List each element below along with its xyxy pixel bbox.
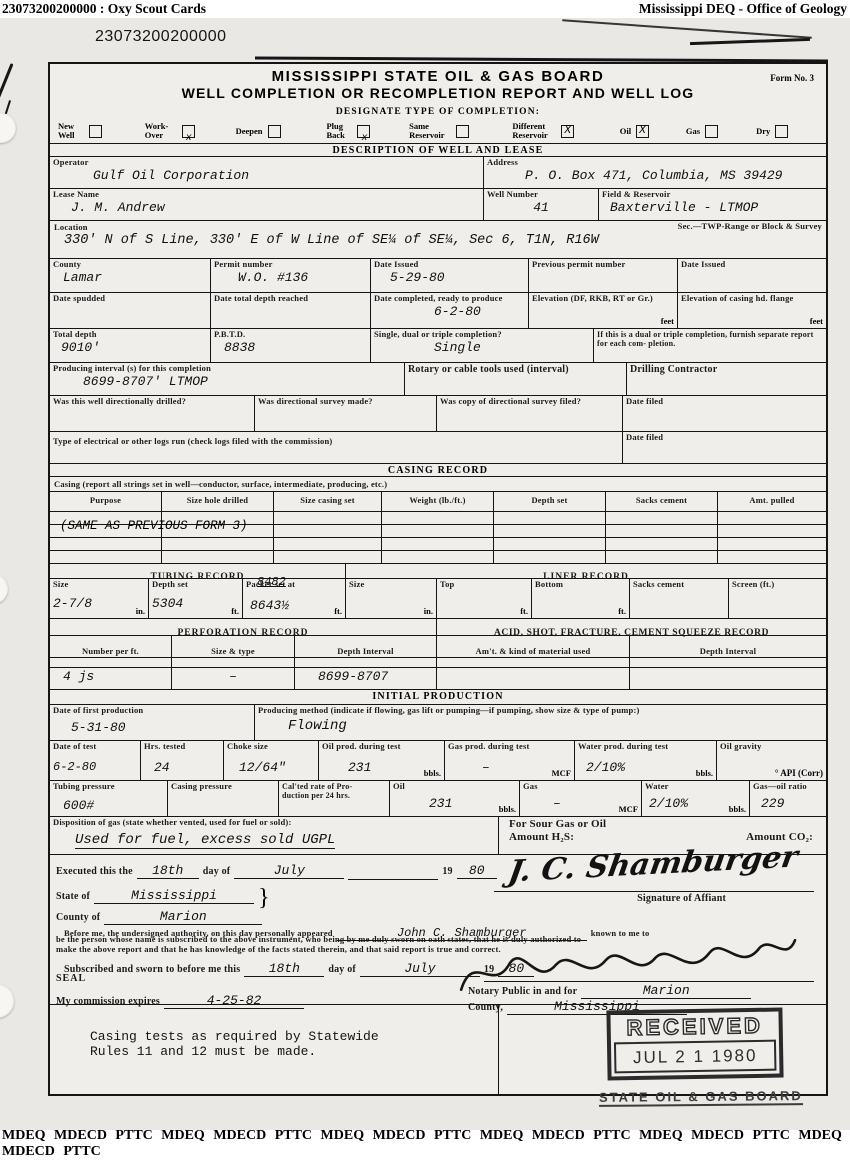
directional-row: Was this well directionally drilled? Was… — [50, 395, 826, 431]
initial-production-heading-row: INITIAL PRODUCTION — [50, 689, 826, 704]
date-spudded-label: Date spudded — [53, 294, 207, 304]
casing-heading: CASING RECORD — [50, 464, 826, 476]
survey-made-cell: Was directional survey made? — [255, 396, 437, 431]
h2s-label: Amount H₂S: — [509, 831, 574, 844]
viewer-header-right: Mississippi DEQ - Office of Geology — [639, 1, 847, 17]
gor-cell: Gas—oil ratio 229 — [750, 781, 826, 816]
rotary-label: Rotary or cable tools used (interval) — [408, 364, 623, 376]
elevation-unit: feet — [661, 316, 674, 326]
directionally-drilled-cell: Was this well directionally drilled? — [50, 396, 255, 431]
calc-rate-label1: Cal'ted rate of Pro- — [282, 782, 386, 791]
calc-rate-label2: duction per 24 hrs. — [282, 791, 386, 800]
gas-prod-label: Gas prod. during test — [448, 742, 571, 752]
producing-interval-value: 8699-8707' LTMOP — [83, 374, 401, 389]
affiant-signature-label: Signature of Affiant — [637, 893, 726, 905]
deepen-label: Deepen — [236, 127, 263, 136]
location-row: Sec.—TWP-Range or Block & Survey Locatio… — [50, 220, 826, 258]
date-issued2-cell: Date Issued — [678, 259, 826, 292]
oil-label: Oil — [620, 127, 631, 136]
new-well-label: New Well — [58, 122, 84, 140]
scan-streak-top-right — [562, 19, 812, 38]
checkbox-item-same-reservoir: Same Reservoir — [409, 122, 512, 140]
producing-interval-row: Producing interval (s) for this completi… — [50, 362, 826, 395]
gas-label: Gas — [686, 127, 700, 136]
logs-run-label: Type of electrical or other logs run (ch… — [53, 433, 619, 447]
received-stamp: RECEIVED JUL 2 1 1980 — [606, 1007, 783, 1080]
casing-tests-note-line1: Casing tests as required by Statewide — [90, 1029, 498, 1044]
dry-checkbox — [775, 125, 788, 138]
logs-row: Type of electrical or other logs run (ch… — [50, 431, 826, 463]
rotary-cell: Rotary or cable tools used (interval) — [405, 363, 627, 395]
elevation-casing-label: Elevation of casing hd. flange — [681, 294, 823, 304]
liner-screen-label: Screen (ft.) — [732, 580, 823, 590]
gas-prod-unit: MCF — [552, 768, 571, 778]
water-prod-unit: bbls. — [696, 768, 713, 778]
total-depth-row: Total depth 9010' P.B.T.D. 8838 Single, … — [50, 328, 826, 362]
liner-screen-cell: Screen (ft.) — [729, 579, 826, 618]
tubing-heading-cell: TUBING RECORD — [50, 564, 346, 578]
received-stamp-text: RECEIVED — [613, 1013, 775, 1042]
subscribed-day: 18th — [244, 961, 324, 977]
date-spudded-cell: Date spudded — [50, 293, 211, 328]
first-production-value: 5-31-80 — [71, 720, 251, 735]
tubing-liner-heading-row: TUBING RECORD LINER RECORD — [50, 563, 826, 578]
elevation-casing-unit: feet — [810, 316, 823, 326]
bottom-box: Casing tests as required by Statewide Ru… — [50, 1004, 826, 1094]
checkbox-item-new-well: New Well — [58, 122, 145, 140]
scanned-document-page: 23073200200000 : Oxy Scout Cards Mississ… — [0, 0, 850, 1164]
total-depth-label: Total depth — [53, 330, 207, 340]
survey-filed-label: Was copy of directional survey filed? — [440, 397, 619, 407]
date-issued2-label: Date Issued — [681, 260, 823, 270]
work-over-label: Work-Over — [145, 122, 177, 140]
perf-number-cell: 4 js — [50, 668, 172, 689]
state-value: Mississippi — [94, 888, 254, 904]
casing-header-size-casing: Size casing set — [274, 492, 382, 512]
perf-number-header-cell: Number per ft. — [50, 636, 172, 657]
sec-twp-label: Sec.—TWP-Range or Block & Survey — [678, 222, 822, 232]
different-reservoir-checkbox — [561, 125, 574, 138]
checkbox-item-dry: Dry — [756, 125, 818, 138]
tubing-depth-value: 5304 — [152, 596, 239, 611]
casing-heading-row: CASING RECORD — [50, 463, 826, 476]
liner-size-cell: Size in. — [346, 579, 437, 618]
perf-acid-data-row: 4 js – 8699-8707 — [50, 667, 826, 689]
water24-cell: Water 2/10% bbls. — [642, 781, 750, 816]
test-row: Date of test 6-2-80 Hrs. tested 24 Choke… — [50, 740, 826, 780]
well-number-label: Well Number — [487, 190, 595, 200]
executed-year: 80 — [457, 863, 497, 879]
received-stamp-org: STATE OIL & GAS BOARD — [599, 1088, 803, 1107]
packer-value2: 8643½ — [250, 598, 342, 613]
liner-bottom-unit: ft. — [618, 606, 626, 616]
acid-material-cell — [437, 668, 630, 689]
gor-label: Gas—oil ratio — [753, 782, 823, 792]
form-title: WELL COMPLETION OR RECOMPLETION REPORT A… — [50, 85, 826, 101]
acid-depth-cell — [630, 668, 826, 689]
designate-heading-row: DESIGNATE TYPE OF COMPLETION: — [50, 106, 826, 119]
tubing-size-label: Size — [53, 580, 145, 590]
lease-name-label: Lease Name — [53, 190, 480, 200]
dual-note-cell: If this is a dual or triple completion, … — [594, 329, 826, 362]
hole-punch-middle — [0, 574, 8, 604]
subscribed-pre: Subscribed and sworn to before me this — [64, 964, 240, 975]
date-filed2-label: Date filed — [626, 433, 823, 443]
operator-value: Gulf Oil Corporation — [93, 168, 480, 183]
affiant-signature-wrap: J. C. Shamburger — [510, 847, 796, 882]
perf-size-value: – — [175, 669, 291, 684]
casing-tests-cell: Casing tests as required by Statewide Ru… — [50, 1005, 499, 1094]
casing-header-purpose: Purpose — [50, 492, 162, 512]
date-spudded-row: Date spudded Date total depth reached Da… — [50, 292, 826, 328]
affiant-signature: J. C. Shamburger — [506, 840, 801, 890]
permit-number-value: W.O. #136 — [238, 270, 367, 285]
oil24-label: Oil — [393, 782, 516, 792]
liner-sacks-label: Sacks cement — [633, 580, 725, 590]
executed-month: July — [234, 863, 344, 879]
work-over-checkbox — [182, 125, 195, 138]
water-prod-cell: Water prod. during test 2/10% bbls. — [575, 741, 717, 780]
pbtd-label: P.B.T.D. — [214, 330, 367, 340]
single-dual-label: Single, dual or triple completion? — [374, 330, 590, 340]
drilling-contractor-cell: Drilling Contractor — [627, 363, 826, 395]
viewer-footer: MDEQ MDECD PTTC MDEQ MDECD PTTC MDEQ MDE… — [0, 1130, 850, 1164]
producing-interval-label: Producing interval (s) for this completi… — [53, 364, 401, 374]
deepen-checkbox — [268, 125, 281, 138]
liner-top-unit: ft. — [520, 606, 528, 616]
perforation-heading-cell: PERFORATION RECORD — [50, 619, 437, 635]
pbtd-value: 8838 — [224, 340, 367, 355]
liner-top-cell: Top ft. — [437, 579, 532, 618]
drilling-contractor-label: Drilling Contractor — [630, 364, 823, 376]
tubing-depth-unit: ft. — [231, 606, 239, 616]
tubing-size-value: 2-7/8 — [53, 596, 145, 611]
different-reservoir-label: Different Reservoir — [512, 122, 556, 140]
hole-punch-top — [0, 113, 16, 143]
well-completion-form: MISSISSIPPI STATE OIL & GAS BOARD WELL C… — [48, 62, 828, 1096]
subscribed-day-of: day of — [328, 964, 356, 975]
elevation-casing-cell: Elevation of casing hd. flange feet — [678, 293, 826, 328]
address-label: Address — [487, 158, 823, 168]
executed-day: 18th — [137, 863, 199, 879]
date-completed-label: Date completed, ready to produce — [374, 294, 525, 304]
date-total-depth-label: Date total depth reached — [214, 294, 367, 304]
hole-punch-bottom — [0, 984, 14, 1018]
checkbox-item-oil: Oil — [620, 125, 686, 138]
hrs-tested-value: 24 — [154, 760, 220, 775]
tubing-pressure-value: 600# — [63, 798, 164, 813]
designate-heading: DESIGNATE TYPE OF COMPLETION: — [50, 106, 826, 119]
oil-checkbox — [636, 125, 649, 138]
packer-unit: ft. — [334, 606, 342, 616]
received-stamp-cell: RECEIVED JUL 2 1 1980 STATE OIL & GAS BO… — [499, 1005, 826, 1094]
elevation-cell: Elevation (DF, RKB, RT or Gr.) feet — [529, 293, 678, 328]
gor-value: 229 — [761, 796, 823, 811]
casing-pressure-label: Casing pressure — [171, 782, 275, 792]
date-filed1-cell: Date filed — [623, 396, 826, 431]
perf-depth-header-cell: Depth Interval — [295, 636, 437, 657]
location-value: 330' N of S Line, 330' E of W Line of SE… — [64, 233, 826, 248]
tubing-pressure-cell: Tubing pressure 600# — [50, 781, 168, 816]
lease-name-value: J. M. Andrew — [71, 200, 480, 215]
first-production-row: Date of first production 5-31-80 Produci… — [50, 704, 826, 740]
single-dual-cell: Single, dual or triple completion? Singl… — [371, 329, 594, 362]
survey-filed-cell: Was copy of directional survey filed? — [437, 396, 623, 431]
liner-size-unit: in. — [424, 606, 433, 616]
date-of-test-label: Date of test — [53, 742, 137, 752]
field-reservoir-label: Field & Reservoir — [602, 190, 823, 200]
oil24-unit: bbls. — [499, 804, 516, 814]
first-production-label: Date of first production — [53, 706, 251, 716]
casing-header-sacks: Sacks cement — [606, 492, 718, 512]
affiant-signature-line — [494, 891, 814, 892]
producing-interval-cell: Producing interval (s) for this completi… — [50, 363, 405, 395]
perf-acid-heading-row: PERFORATION RECORD ACID, SHOT, FRACTURE,… — [50, 618, 826, 635]
date-completed-value: 6-2-80 — [434, 304, 525, 319]
packer-value1: 8482 — [257, 575, 286, 589]
casing-header-amt-pulled: Amt. pulled — [718, 492, 826, 512]
date-issued-cell: Date Issued 5-29-80 — [371, 259, 529, 292]
oil-gravity-cell: Oil gravity ° API (Corr) — [717, 741, 826, 780]
received-stamp-datebox: JUL 2 1 1980 — [614, 1040, 777, 1074]
acid-material-header: Am't. & kind of material used — [476, 646, 591, 656]
county-row: County Lamar Permit number W.O. #136 Dat… — [50, 258, 826, 292]
oil24-cell: Oil 231 bbls. — [390, 781, 520, 816]
handwritten-slash — [0, 63, 14, 107]
liner-bottom-cell: Bottom ft. — [532, 579, 630, 618]
viewer-header: 23073200200000 : Oxy Scout Cards Mississ… — [0, 0, 850, 18]
oil-prod-unit: bbls. — [424, 768, 441, 778]
water24-label: Water — [645, 782, 746, 792]
description-heading: DESCRIPTION OF WELL AND LEASE — [50, 144, 826, 156]
executed-day-of: day of — [203, 866, 231, 877]
producing-method-cell: Producing method (indicate if flowing, g… — [255, 705, 826, 740]
exec-county-label: County of — [56, 912, 100, 923]
perf-number-value: 4 js — [63, 669, 168, 684]
producing-method-label: Producing method (indicate if flowing, g… — [258, 706, 823, 716]
casing-table-row: Purpose Size hole drilled Size casing se… — [50, 491, 826, 563]
disposition-cell: Disposition of gas (state whether vented… — [50, 817, 499, 854]
perf-size-header: Size & type — [211, 646, 255, 656]
casing-subtitle: Casing (report all strings set in well—c… — [50, 477, 387, 491]
casing-header-depth-set: Depth set — [494, 492, 606, 512]
gas-prod-cell: Gas prod. during test – MCF — [445, 741, 575, 780]
operator-label: Operator — [53, 158, 480, 168]
logs-run-cell: Type of electrical or other logs run (ch… — [50, 432, 623, 463]
liner-bottom-label: Bottom — [535, 580, 626, 590]
casing-note: (SAME AS PREVIOUS FORM 3) — [60, 519, 248, 533]
water24-unit: bbls. — [729, 804, 746, 814]
state-label: State of — [56, 891, 90, 902]
well-number-cell: Well Number 41 — [484, 189, 599, 220]
casing-pressure-cell: Casing pressure — [168, 781, 279, 816]
scan-area: 23073200200000 — [0, 18, 850, 1130]
pbtd-cell: P.B.T.D. 8838 — [211, 329, 371, 362]
casing-subtitle-row: Casing (report all strings set in well—c… — [50, 476, 826, 491]
tubing-depth-cell: Depth set 5304 ft. — [149, 579, 243, 618]
date-filed1-label: Date filed — [626, 397, 823, 407]
viewer-header-left: 23073200200000 : Oxy Scout Cards — [2, 1, 206, 17]
previous-permit-cell: Previous permit number — [529, 259, 678, 292]
elevation-label: Elevation (DF, RKB, RT or Gr.) — [532, 294, 674, 304]
liner-size-label: Size — [349, 580, 433, 590]
disposition-value: Used for fuel, excess sold UGPL — [75, 832, 335, 849]
gas24-unit: MCF — [619, 804, 638, 814]
perf-number-header: Number per ft. — [82, 646, 139, 656]
perf-size-cell: – — [172, 668, 295, 689]
acid-heading-cell: ACID, SHOT, FRACTURE, CEMENT SQUEEZE REC… — [437, 619, 826, 635]
tubing-size-cell: Size 2-7/8 in. — [50, 579, 149, 618]
perf-acid-header-row: Number per ft. Size & type Depth Interva… — [50, 635, 826, 657]
sour-gas-label: For Sour Gas or Oil — [509, 818, 823, 831]
footer-strip: MDEQ MDECD PTTC MDEQ MDECD PTTC MDEQ MDE… — [2, 1128, 848, 1160]
scan-streak-top-right-2 — [690, 38, 810, 45]
casing-tests-note-line2: Rules 11 and 12 must be made. — [90, 1044, 498, 1059]
perf-acid-spacer-row — [50, 657, 826, 667]
executed-line: Executed this the 18th day of July 19 80 — [56, 861, 497, 880]
checkbox-item-plug-back: Plug Back — [326, 122, 409, 140]
plug-back-label: Plug Back — [326, 122, 352, 140]
lease-row: Lease Name J. M. Andrew Well Number 41 F… — [50, 188, 826, 220]
well-number-value: 41 — [487, 200, 595, 215]
address-value: P. O. Box 471, Columbia, MS 39429 — [525, 168, 823, 183]
acid-material-header-cell: Am't. & kind of material used — [437, 636, 630, 657]
hrs-tested-cell: Hrs. tested 24 — [141, 741, 224, 780]
notary-label: Notary Public in and for — [468, 986, 577, 997]
same-reservoir-checkbox — [456, 125, 469, 138]
permit-number-label: Permit number — [214, 260, 367, 270]
hrs-tested-label: Hrs. tested — [144, 742, 220, 752]
executed-year-pre: 19 — [442, 866, 452, 877]
operator-row: Operator Gulf Oil Corporation Address P.… — [50, 156, 826, 188]
date-total-depth-cell: Date total depth reached — [211, 293, 371, 328]
execution-block: Executed this the 18th day of July 19 80… — [50, 854, 826, 1004]
plug-back-checkbox — [357, 125, 370, 138]
dry-label: Dry — [756, 127, 770, 136]
executed-pre: Executed this the — [56, 866, 133, 877]
water-prod-label: Water prod. during test — [578, 742, 713, 752]
directionally-drilled-label: Was this well directionally drilled? — [53, 397, 251, 407]
casing-header-weight: Weight (lb./ft.) — [382, 492, 494, 512]
liner-top-label: Top — [440, 580, 528, 590]
lease-name-cell: Lease Name J. M. Andrew — [50, 189, 484, 220]
new-well-checkbox — [89, 125, 102, 138]
field-reservoir-value: Baxterville - LTMOP — [610, 200, 823, 215]
description-heading-row: DESCRIPTION OF WELL AND LEASE — [50, 143, 826, 156]
survey-made-label: Was directional survey made? — [258, 397, 433, 407]
date-filed2-cell: Date filed — [623, 432, 826, 463]
seal-label: SEAL — [56, 973, 86, 985]
liner-sacks-cell: Sacks cement — [630, 579, 729, 618]
water-prod-value: 2/10% — [586, 760, 713, 775]
choke-size-label: Choke size — [227, 742, 315, 752]
form-number: Form No. 3 — [770, 73, 814, 83]
document-number: 23073200200000 — [95, 28, 227, 46]
dual-note: If this is a dual or triple completion, … — [597, 330, 823, 348]
disposition-label: Disposition of gas (state whether vented… — [53, 818, 495, 828]
gas24-cell: Gas – MCF — [520, 781, 642, 816]
permit-number-cell: Permit number W.O. #136 — [211, 259, 371, 292]
address-cell: Address P. O. Box 471, Columbia, MS 3942… — [484, 157, 826, 188]
checkbox-item-work-over: Work-Over — [145, 122, 236, 140]
gas-checkbox — [705, 125, 718, 138]
casing-header-size-hole: Size hole drilled — [162, 492, 274, 512]
county-value: Lamar — [63, 270, 207, 285]
perf-size-header-cell: Size & type — [172, 636, 295, 657]
county-label: County — [53, 260, 207, 270]
checkbox-item-gas: Gas — [686, 125, 756, 138]
oil-gravity-label: Oil gravity — [720, 742, 823, 752]
county-cell: County Lamar — [50, 259, 211, 292]
perf-depth-value: 8699-8707 — [318, 669, 433, 684]
packer-cell: Packer set at 8482 8643½ ft. — [243, 579, 346, 618]
gas24-label: Gas — [523, 782, 638, 792]
operator-cell: Operator Gulf Oil Corporation — [50, 157, 484, 188]
tubing-depth-label: Depth set — [152, 580, 239, 590]
oil-prod-label: Oil prod. during test — [322, 742, 441, 752]
checkbox-item-deepen: Deepen — [236, 125, 327, 138]
previous-permit-label: Previous permit number — [532, 260, 674, 270]
total-depth-value: 9010' — [61, 340, 207, 355]
tubing-pressure-label: Tubing pressure — [53, 782, 164, 792]
received-stamp-date: JUL 2 1 1980 — [633, 1046, 758, 1067]
pressure-row: Tubing pressure 600# Casing pressure Cal… — [50, 780, 826, 816]
choke-size-value: 12/64" — [239, 760, 315, 775]
checkbox-item-different-reservoir: Different Reservoir — [512, 122, 619, 140]
field-reservoir-cell: Field & Reservoir Baxterville - LTMOP — [599, 189, 826, 220]
completion-type-row: New Well Work-Over Deepen Plug Back Same… — [50, 119, 826, 143]
perf-depth-header: Depth Interval — [337, 646, 393, 656]
initial-production-heading: INITIAL PRODUCTION — [50, 690, 826, 704]
tubing-liner-row: Size 2-7/8 in. Depth set 5304 ft. Packer… — [50, 578, 826, 618]
date-of-test-cell: Date of test 6-2-80 — [50, 741, 141, 780]
calc-rate-cell: Cal'ted rate of Pro- duction per 24 hrs. — [279, 781, 390, 816]
first-production-cell: Date of first production 5-31-80 — [50, 705, 255, 740]
choke-size-cell: Choke size 12/64" — [224, 741, 319, 780]
oil-prod-cell: Oil prod. during test 231 bbls. — [319, 741, 445, 780]
same-reservoir-label: Same Reservoir — [409, 122, 451, 140]
perf-depth-cell: 8699-8707 — [295, 668, 437, 689]
board-title: MISSISSIPPI STATE OIL & GAS BOARD — [50, 64, 826, 85]
date-issued-value: 5-29-80 — [390, 270, 525, 285]
title-block: MISSISSIPPI STATE OIL & GAS BOARD WELL C… — [50, 64, 826, 106]
liner-heading-cell: LINER RECORD — [346, 564, 826, 578]
date-of-test-value: 6-2-80 — [53, 760, 137, 774]
date-completed-cell: Date completed, ready to produce 6-2-80 — [371, 293, 529, 328]
oil-gravity-unit: ° API (Corr) — [775, 768, 823, 778]
total-depth-cell: Total depth 9010' — [50, 329, 211, 362]
single-dual-value: Single — [434, 340, 590, 355]
date-issued-label: Date Issued — [374, 260, 525, 270]
producing-method-value: Flowing — [288, 718, 823, 734]
tubing-size-unit: in. — [136, 606, 145, 616]
acid-depth-header: Depth Interval — [700, 646, 756, 656]
acid-depth-header-cell: Depth Interval — [630, 636, 826, 657]
